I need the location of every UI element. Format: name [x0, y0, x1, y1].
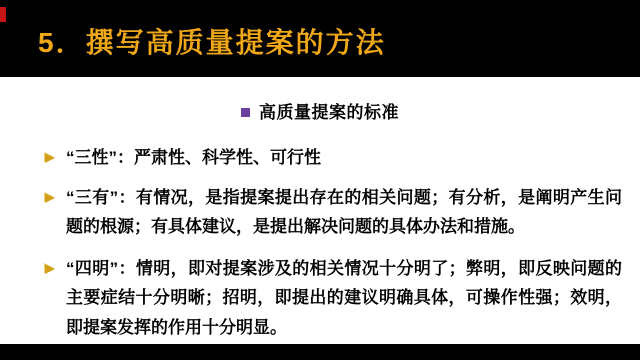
bullet-item-3: “四明”：情明，即对提案涉及的相关情况十分明了；弊明，即反映问题的主要症结十分明…: [66, 254, 622, 343]
red-accent-mark: [0, 7, 6, 22]
bullet-text: “三性”：严肃性、科学性、可行性: [66, 148, 321, 167]
arrow-bullet-icon: [45, 153, 55, 163]
bullet-text: “四明”：情明，即对提案涉及的相关情况十分明了；弊明，即反映问题的主要症结十分明…: [66, 259, 622, 337]
bullet-item-2: “三有”：有情况，是指提案提出存在的相关问题；有分析，是阐明产生问题的根源；有具…: [66, 183, 622, 242]
arrow-bullet-icon: [45, 193, 55, 203]
bottom-letterbox-bar: [0, 344, 640, 360]
section-heading: 高质量提案的标准: [0, 102, 640, 124]
square-bullet-icon: [241, 108, 250, 117]
slide-title: 5．撰写高质量提案的方法: [38, 26, 386, 60]
arrow-bullet-icon: [45, 264, 55, 274]
bullet-item-1: “三性”：严肃性、科学性、可行性: [66, 143, 622, 173]
bullet-text: “三有”：有情况，是指提案提出存在的相关问题；有分析，是阐明产生问题的根源；有具…: [66, 188, 622, 237]
presentation-slide: 5．撰写高质量提案的方法 高质量提案的标准 “三性”：严肃性、科学性、可行性 “…: [0, 0, 640, 360]
section-heading-text: 高质量提案的标准: [259, 103, 399, 122]
slide-content: 高质量提案的标准 “三性”：严肃性、科学性、可行性 “三有”：有情况，是指提案提…: [0, 77, 640, 344]
slide-title-bar: 5．撰写高质量提案的方法: [0, 0, 640, 77]
